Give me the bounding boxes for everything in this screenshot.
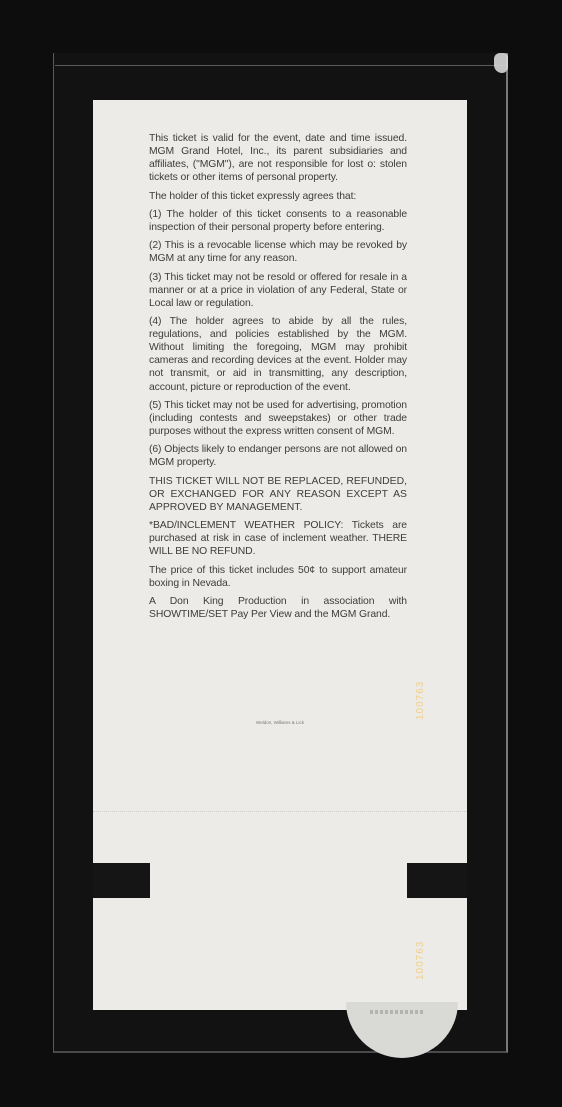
- printer-credit: Weldon, Williams & Lick: [93, 720, 467, 725]
- paragraph-holder-agrees: The holder of this ticket expressly agre…: [149, 190, 407, 203]
- photo-backdrop: This ticket is valid for the event, date…: [0, 0, 562, 1107]
- perforation-line: [93, 811, 467, 812]
- paragraph-no-refund: THIS TICKET WILL NOT BE REPLACED, REFUND…: [149, 475, 407, 514]
- ticket-back: This ticket is valid for the event, date…: [93, 100, 467, 1010]
- stub-tab-right: [407, 863, 467, 898]
- paragraph-clause-1: (1) The holder of this ticket consents t…: [149, 208, 407, 234]
- paragraph-weather-policy: *BAD/INCLEMENT WEATHER POLICY: Tickets a…: [149, 519, 407, 558]
- sleeve-corner-glare: [494, 53, 508, 73]
- paragraph-amateur-boxing: The price of this ticket includes 50¢ to…: [149, 564, 407, 590]
- paragraph-production-credit: A Don King Production in association wit…: [149, 595, 407, 621]
- paragraph-clause-3: (3) This ticket may not be resold or off…: [149, 271, 407, 310]
- serial-number-bottom: 100763: [415, 941, 426, 980]
- stub-tab-left: [93, 863, 150, 898]
- paragraph-validity: This ticket is valid for the event, date…: [149, 132, 407, 184]
- paragraph-clause-6: (6) Objects likely to endanger persons a…: [149, 443, 407, 469]
- paragraph-clause-2: (2) This is a revocable license which ma…: [149, 239, 407, 265]
- hanger-hole-print: [370, 1010, 425, 1014]
- paragraph-clause-5: (5) This ticket may not be used for adve…: [149, 399, 407, 438]
- terms-and-conditions: This ticket is valid for the event, date…: [149, 132, 407, 626]
- paragraph-clause-4: (4) The holder agrees to abide by all th…: [149, 315, 407, 394]
- sleeve-top-edge: [55, 65, 505, 66]
- serial-number-top: 100763: [415, 681, 426, 720]
